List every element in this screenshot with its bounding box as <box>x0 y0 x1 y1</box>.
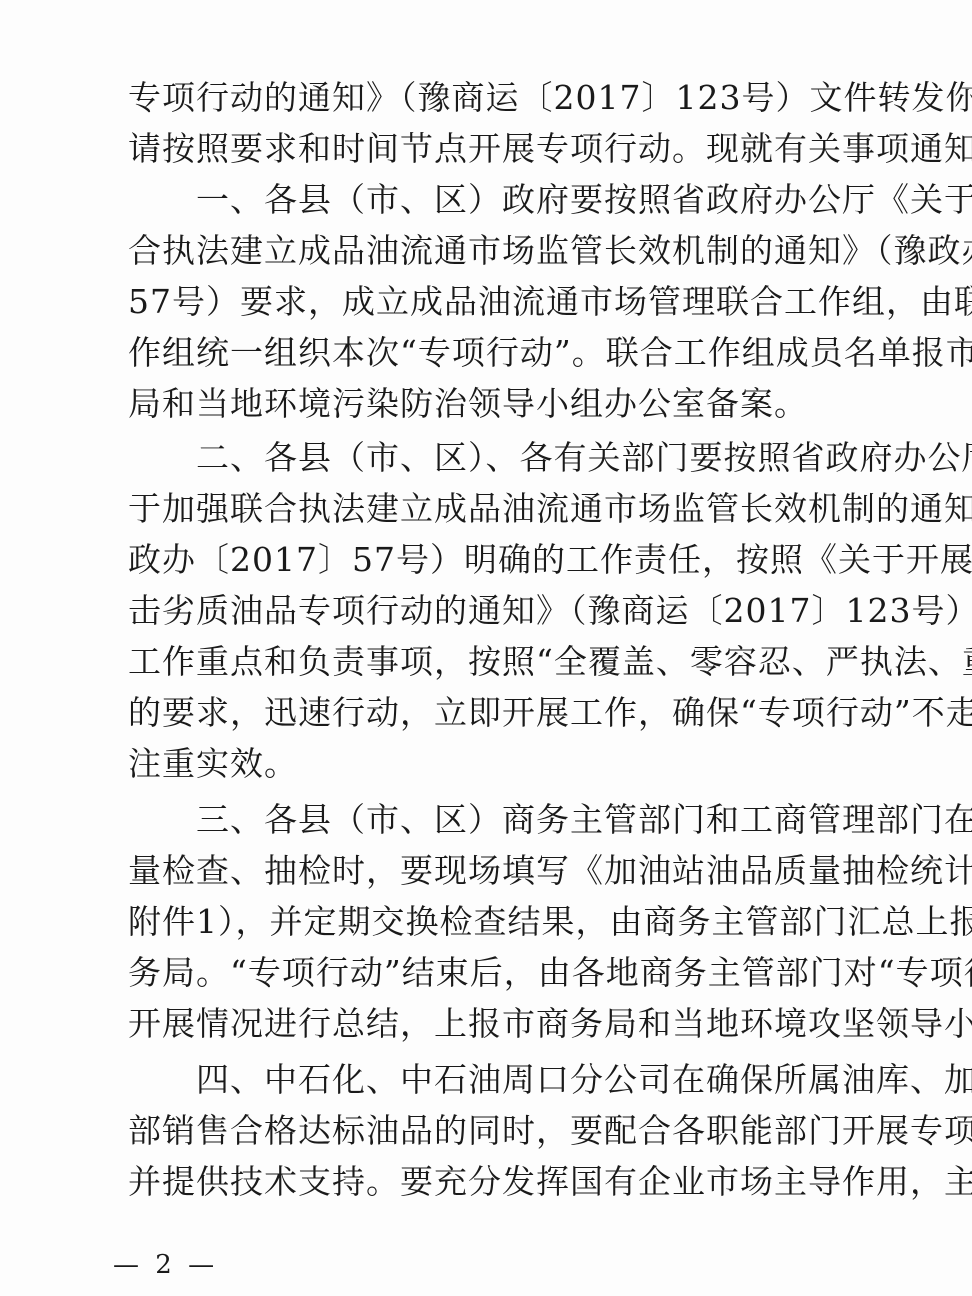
text-line: 57号）要求，成立成品油流通市场管理联合工作组，由联合工 <box>128 282 878 322</box>
text-line: 政办〔2017〕57号）明确的工作责任，按照《关于开展严厉打 <box>128 540 878 580</box>
text-line: 专项行动的通知》（豫商运〔2017〕123号）文件转发你单位， <box>128 78 878 118</box>
text-line: 工作重点和负责事项，按照“全覆盖、零容忍、严执法、重实效” <box>128 642 878 682</box>
text-line: 合执法建立成品油流通市场监管长效机制的通知》（豫政办〔2017〕 <box>128 231 878 271</box>
text-line: 的要求，迅速行动，立即开展工作，确保“专项行动”不走过场， <box>128 693 878 733</box>
text-line: 击劣质油品专项行动的通知》（豫商运〔2017〕123号）明确的 <box>128 591 878 631</box>
text-line: 作组统一组织本次“专项行动”。联合工作组成员名单报市商务 <box>128 333 878 373</box>
page-number: — 2 — <box>113 1250 218 1280</box>
document-page: 专项行动的通知》（豫商运〔2017〕123号）文件转发你单位， 请按照要求和时间… <box>0 0 972 1296</box>
paragraph-4-start: 四、中石化、中石油周口分公司在确保所属油库、加油站全 <box>128 1060 878 1100</box>
text-line: 请按照要求和时间节点开展专项行动。现就有关事项通知如下： <box>128 129 878 169</box>
text-line: 注重实效。 <box>128 744 878 784</box>
text-line: 部销售合格达标油品的同时，要配合各职能部门开展专项行动， <box>128 1111 878 1151</box>
text-line: 务局。“专项行动”结束后，由各地商务主管部门对“专项行动” <box>128 953 878 993</box>
text-line: 于加强联合执法建立成品油流通市场监管长效机制的通知》（豫 <box>128 489 878 529</box>
paragraph-3-start: 三、各县（市、区）商务主管部门和工商管理部门在油品质 <box>128 800 878 840</box>
text-line: 局和当地环境污染防治领导小组办公室备案。 <box>128 384 878 424</box>
paragraph-1-start: 一、各县（市、区）政府要按照省政府办公厅《关于加强联 <box>128 180 878 220</box>
text-line: 附件1），并定期交换检查结果，由商务主管部门汇总上报市商 <box>128 902 878 942</box>
text-line: 并提供技术支持。要充分发挥国有企业市场主导作用，主动在我 <box>128 1162 878 1202</box>
paragraph-2-start: 二、各县（市、区）、各有关部门要按照省政府办公厅《关 <box>128 438 878 478</box>
text-line: 开展情况进行总结，上报市商务局和当地环境攻坚领导小组。 <box>128 1004 878 1044</box>
text-line: 量检查、抽检时，要现场填写《加油站油品质量抽检统计表》（见 <box>128 851 878 891</box>
